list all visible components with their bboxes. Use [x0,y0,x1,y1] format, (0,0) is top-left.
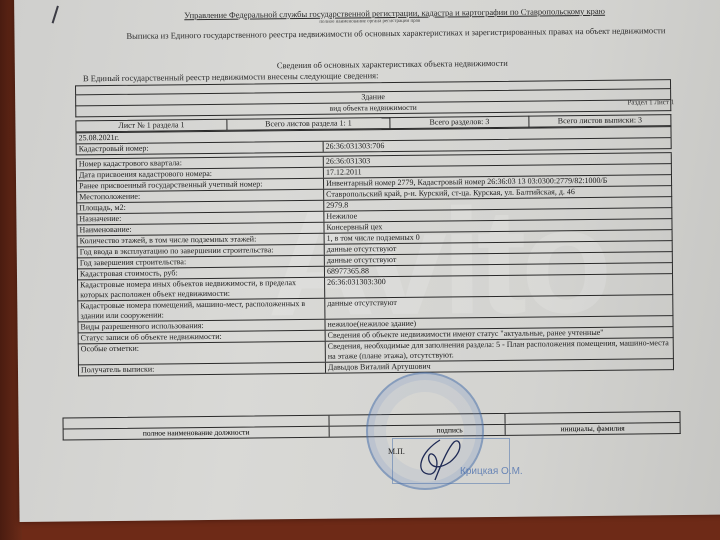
property-rows: Номер кадастрового квартала:26:36:031303… [76,152,674,376]
row-value: Сведения, необходимые для заполнения раз… [326,338,673,362]
row-label: Получатель выписки: [79,363,326,376]
row-label: Особые отметки: [79,342,326,365]
row-value: данные отсутствуют [325,295,672,319]
info-table: Здание Раздел 1 Лист 1 вид объекта недви… [75,79,674,376]
row-label: Кадастровые номера иных объектов недвижи… [78,278,325,301]
sections-total: Всего разделов: 3 [390,116,529,129]
sheets-total: Всего листов выписки: 3 [529,114,671,127]
seal-mark: М.П. [388,447,405,456]
pen-mark [52,6,59,24]
sheets-in-section: Всего листов раздела 1: 1 [227,117,390,131]
extract-title: Выписка из Единого государственного реес… [126,25,665,41]
section-intro: В Единый государственный реестр недвижим… [83,70,379,83]
position-caption: полное наименование должности [64,427,330,440]
row-value: 26:36:031303:300 [325,274,672,298]
name-caption: инициалы, фамилия [506,423,680,435]
section-sheet-label: Раздел 1 Лист 1 [627,97,674,107]
section-title: Сведения об основных характеристиках объ… [277,58,508,70]
handwritten-signature-icon [410,432,470,482]
sheet-number: Лист № 1 раздела 1 [75,119,227,133]
object-type: Здание [361,92,385,101]
authority-caption: полное наименование органа регистрации п… [319,19,420,25]
row-label: Кадастровые номера помещений, машино-мес… [78,299,325,322]
